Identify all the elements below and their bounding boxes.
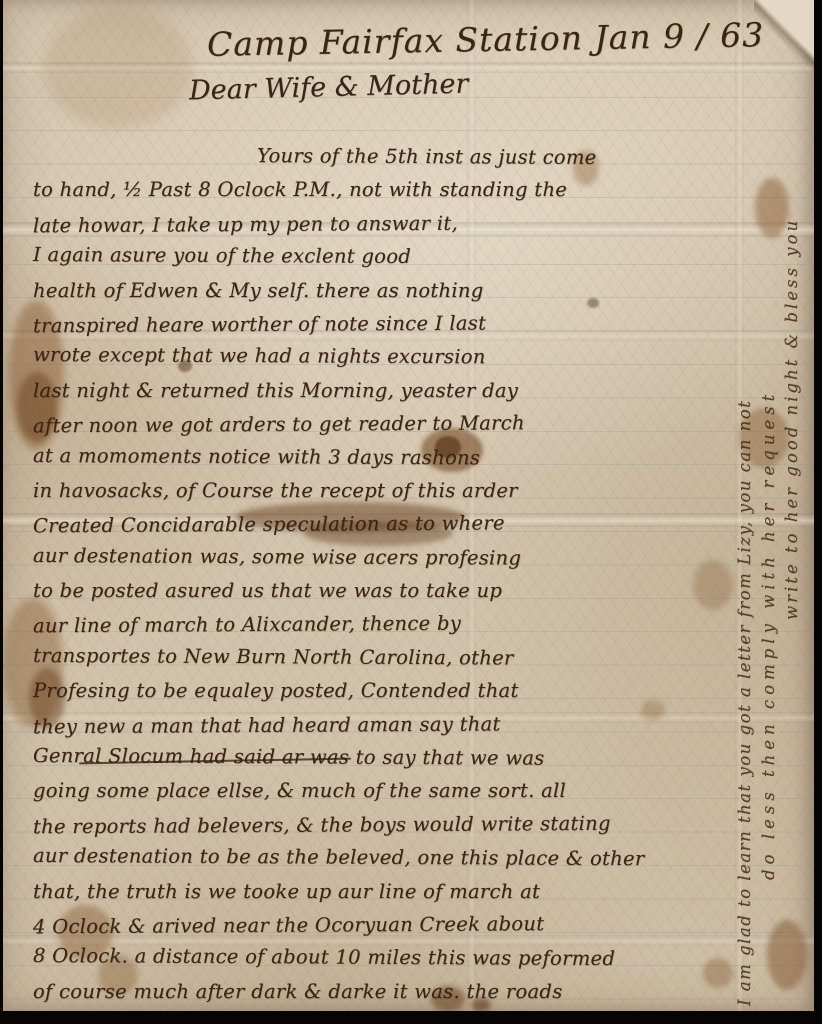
letter-line: aur line of march to Alixcander, thence …: [33, 605, 798, 643]
letter-body: Yours of the 5th inst as just come to ha…: [33, 140, 798, 1008]
letter-line: the reports had belevers, & the boys wou…: [33, 805, 798, 843]
letter-line: 4 Oclock & arived near the Ocoryuan Cree…: [33, 906, 798, 944]
letter-line: at a momoments notice with 3 days rashon…: [33, 439, 798, 476]
letter-line: they new a man that had heard aman say t…: [33, 705, 798, 743]
letter-line: aur destenation to be as the beleved, on…: [33, 839, 798, 876]
letter-line: 8 Oclock. a distance of about 10 miles t…: [33, 939, 798, 976]
letter-line: Genral Slocum had said ar was to say tha…: [33, 739, 798, 776]
letter-line: I again asure you of the exclent good: [33, 238, 798, 275]
margin-note-line: I am glad to learn that you got a letter…: [735, 340, 754, 1006]
letter-line: of course much after dark & darke it was…: [33, 975, 798, 1008]
letter-line: transpired heare worther of note since I…: [33, 305, 798, 343]
letter-line: aur destenation was, some wise acers pro…: [33, 539, 798, 576]
letter-paper: Camp Fairfax Station Jan 9 / 63 Dear Wif…: [3, 0, 814, 1011]
margin-note-line: write to her good night & bless you: [782, 72, 801, 620]
stain: [43, 8, 193, 128]
letter-line: wrote except that we had a nights excurs…: [33, 338, 798, 375]
letter-line: going some place ellse, & much of the sa…: [33, 774, 798, 807]
letter-line: that, the truth is we tooke up aur line …: [33, 875, 798, 908]
letter-line: late howar, I take up my pen to answar i…: [33, 204, 798, 242]
letter-dateline: Camp Fairfax Station Jan 9 / 63: [207, 15, 765, 64]
letter-line: to be posted asured us that we was to ta…: [33, 574, 798, 607]
scanned-letter: Camp Fairfax Station Jan 9 / 63 Dear Wif…: [0, 0, 822, 1024]
letter-line: Created Concidarable speculation as to w…: [33, 505, 798, 543]
letter-salutation: Dear Wife & Mother: [189, 69, 469, 107]
letter-line: health of Edwen & My self. there as noth…: [33, 274, 798, 307]
letter-line: transportes to New Burn North Carolina, …: [33, 639, 798, 676]
letter-line: to hand, ½ Past 8 Oclock P.M., not with …: [33, 173, 798, 206]
letter-line: last night & returned this Morning, yeas…: [33, 374, 798, 407]
letter-line: Profesing to be equaley posted, Contende…: [33, 674, 798, 707]
letter-line: Yours of the 5th inst as just come: [33, 138, 798, 175]
letter-line: after noon we got arders to get reader t…: [33, 405, 798, 443]
letter-line: in havosacks, of Course the recept of th…: [33, 474, 798, 507]
margin-note-line: do less then comply with her request: [759, 150, 778, 880]
